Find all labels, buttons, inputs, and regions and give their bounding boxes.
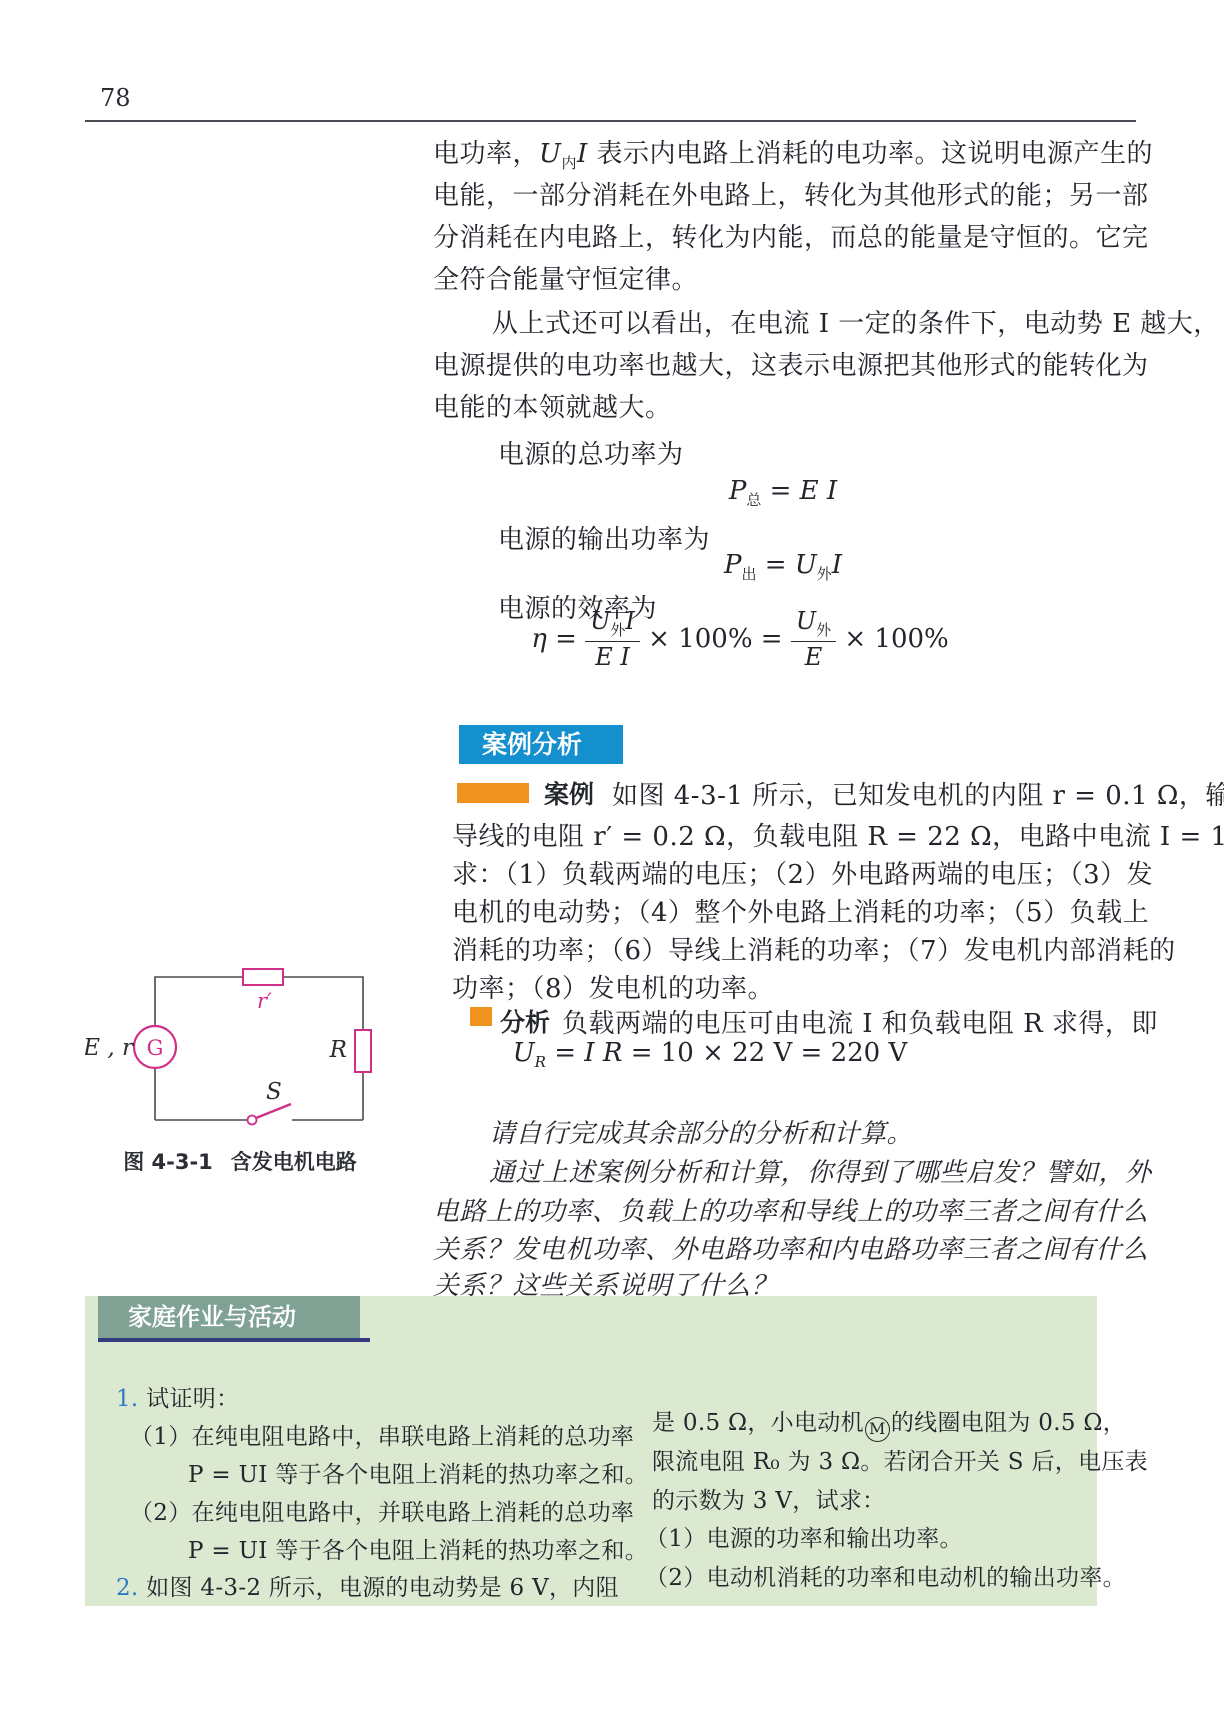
intro-p1-line4: 全符合能量守恒定律。 xyxy=(433,259,698,296)
var-p: P xyxy=(729,476,747,506)
switch-label: S xyxy=(266,1079,282,1105)
var-u: U xyxy=(539,139,561,169)
hw-item2-text: 如图 4-3-2 所示，电源的电动势是 6 V，内阻 xyxy=(146,1575,619,1601)
equals: = xyxy=(770,476,792,506)
var-p-sub: 总 xyxy=(746,491,761,509)
times-100: × 100% xyxy=(844,624,948,654)
case-line3: 求：（1）负载两端的电压；（2）外电路两端的电压；（3）发 xyxy=(452,854,1153,891)
analysis-marker xyxy=(470,1007,492,1026)
figure-number: 图 4-3-1 xyxy=(123,1150,213,1174)
resistor-load-label: R xyxy=(329,1037,347,1063)
intro-p1-line1: 电功率，U内I 表示内电路上消耗的电功率。这说明电源产生的 xyxy=(433,133,1153,173)
resistor-r-prime xyxy=(243,969,283,985)
fraction-1: U外IE I xyxy=(585,608,640,672)
hw-right-line3: 的示数为 3 V，试求： xyxy=(652,1482,885,1515)
case-label: 案例 xyxy=(544,775,594,811)
formula-result: = 10 × 22 V = 220 V xyxy=(631,1038,908,1068)
fraction-1-denominator: E I xyxy=(585,641,640,672)
hw-right-question1: （1）电源的功率和输出功率。 xyxy=(645,1520,963,1553)
homework-header-underline xyxy=(98,1338,370,1342)
resistor-load xyxy=(355,1030,371,1072)
hw-right-line2: 限流电阻 R₀ 为 3 Ω。若闭合开关 S 后，电压表 xyxy=(652,1443,1148,1476)
var-u-sub: R xyxy=(535,1053,546,1071)
figure-caption: 图 4-3-1含发电机电路 xyxy=(85,1146,395,1176)
intro-p1-line2: 电能，一部分消耗在外电路上，转化为其他形式的能；另一部 xyxy=(433,175,1149,212)
var-p: P xyxy=(724,550,742,580)
hw-right-line1a: 是 0.5 Ω，小电动机 xyxy=(652,1410,864,1436)
hw-item1-sub2: （2）在纯电阻电路中，并联电路上消耗的总功率 xyxy=(130,1494,634,1527)
intro-p2-line2: 电源提供的电功率也越大，这表示电源把其他形式的能转化为 xyxy=(433,345,1149,382)
fraction-1-numerator: U外I xyxy=(585,608,640,641)
reflect-line3: 电路上的功率、负载上的功率和导线上的功率三者之间有什么 xyxy=(433,1191,1149,1228)
var-u-sub: 内 xyxy=(561,154,577,172)
var-u-sub: 外 xyxy=(817,565,832,583)
reflect-line1: 请自行完成其余部分的分析和计算。 xyxy=(489,1113,913,1150)
hw-item2-number: 2. xyxy=(116,1575,139,1601)
var-i: I xyxy=(577,139,588,169)
equals: = xyxy=(765,550,787,580)
var-ei: E I xyxy=(800,476,838,506)
var-i: I xyxy=(832,550,842,580)
switch-lever xyxy=(256,1104,291,1118)
intro-p2-line3: 电能的本领就越大。 xyxy=(433,387,672,424)
lead-total-power: 电源的总功率为 xyxy=(498,434,684,471)
fraction-2-denominator: E xyxy=(791,641,836,672)
var-u: U xyxy=(513,1038,535,1068)
intro-p2-line1: 从上式还可以看出，在电流 I 一定的条件下，电动势 E 越大， xyxy=(492,303,1220,340)
circuit-diagram: r′ G E , r R S xyxy=(85,956,395,1146)
case-line1: 如图 4-3-1 所示，已知发电机的内阻 r = 0.1 Ω，输电 xyxy=(612,775,1224,812)
hw-right-line1b: 的线圈电阻为 0.5 Ω， xyxy=(891,1410,1126,1436)
switch-pivot xyxy=(248,1116,257,1125)
emf-label: E , r xyxy=(85,1035,135,1061)
homework-header: 家庭作业与活动 xyxy=(98,1296,360,1338)
page-number: 78 xyxy=(100,84,131,112)
fraction-2-numerator: U外 xyxy=(791,608,836,641)
hw-item1-text: 试证明： xyxy=(146,1386,239,1412)
case-line4: 电机的电动势；（4）整个外电路上消耗的功率；（5）负载上 xyxy=(452,892,1149,929)
intro-text: 表示内电路上消耗的电功率。这说明电源产生的 xyxy=(588,139,1153,169)
var-u: U xyxy=(795,550,817,580)
hw-item1-number: 1. xyxy=(116,1386,139,1412)
intro-text: 电功率， xyxy=(433,139,539,169)
generator-label: G xyxy=(147,1036,164,1060)
fraction-2: U外E xyxy=(791,608,836,672)
formula-output-power: P出 = U外I xyxy=(433,550,1133,584)
equals: = xyxy=(554,1038,576,1068)
formula-ur: UR I R= I R = 10 × 22 V = 220 V xyxy=(330,1038,1090,1071)
hw-item1-sub1-formula: P = UI 等于各个电阻上消耗的热功率之和。 xyxy=(188,1456,648,1489)
reflect-line4: 关系？发电机功率、外电路功率和内电路功率三者之间有什么 xyxy=(433,1229,1149,1266)
resistor-r-prime-label: r′ xyxy=(257,989,272,1013)
hw-item1: 1. 试证明： xyxy=(116,1380,239,1413)
equals: = xyxy=(555,624,577,654)
textbook-page: 78 电功率，U内I 表示内电路上消耗的电功率。这说明电源产生的 电能，一部分消… xyxy=(0,0,1224,1717)
intro-p1-line3: 分消耗在内电路上，转化为内能，而总的能量是守恒的。它完 xyxy=(433,217,1149,254)
var-ir: I R xyxy=(584,1038,622,1068)
case-marker xyxy=(457,783,529,803)
figure-title: 含发电机电路 xyxy=(231,1150,357,1174)
hw-item2: 2. 如图 4-3-2 所示，电源的电动势是 6 V，内阻 xyxy=(116,1569,619,1602)
reflect-line2: 通过上述案例分析和计算，你得到了哪些启发？譬如，外 xyxy=(489,1152,1152,1189)
hw-item1-sub1: （1）在纯电阻电路中，串联电路上消耗的总功率 xyxy=(130,1418,634,1451)
header-rule xyxy=(85,120,1136,122)
hw-right-line1: 是 0.5 Ω，小电动机M的线圈电阻为 0.5 Ω， xyxy=(652,1404,1126,1442)
var-eta: η xyxy=(531,624,547,654)
analysis-label: 分析 xyxy=(500,1003,550,1039)
times-100-equals: × 100% = xyxy=(648,624,782,654)
formula-total-power: P总 = E I xyxy=(433,476,1133,510)
hw-right-question2: （2）电动机消耗的功率和电动机的输出功率。 xyxy=(645,1559,1126,1592)
analysis-text: 负载两端的电压可由电流 I 和负载电阻 R 求得，即 xyxy=(562,1003,1158,1040)
motor-symbol: M xyxy=(865,1417,890,1442)
var-p-sub: 出 xyxy=(741,565,756,583)
case-line2: 导线的电阻 r′ = 0.2 Ω，负载电阻 R = 22 Ω，电路中电流 I =… xyxy=(452,816,1224,853)
hw-item1-sub2-formula: P = UI 等于各个电阻上消耗的热功率之和。 xyxy=(188,1532,648,1565)
case-line6: 功率；（8）发电机的功率。 xyxy=(452,968,774,1005)
case-line5: 消耗的功率；（6）导线上消耗的功率；（7）发电机内部消耗的 xyxy=(452,930,1176,967)
formula-efficiency: η = U外IE I × 100% = U外E × 100% xyxy=(390,608,1090,672)
case-analysis-header: 案例分析 xyxy=(459,725,623,764)
